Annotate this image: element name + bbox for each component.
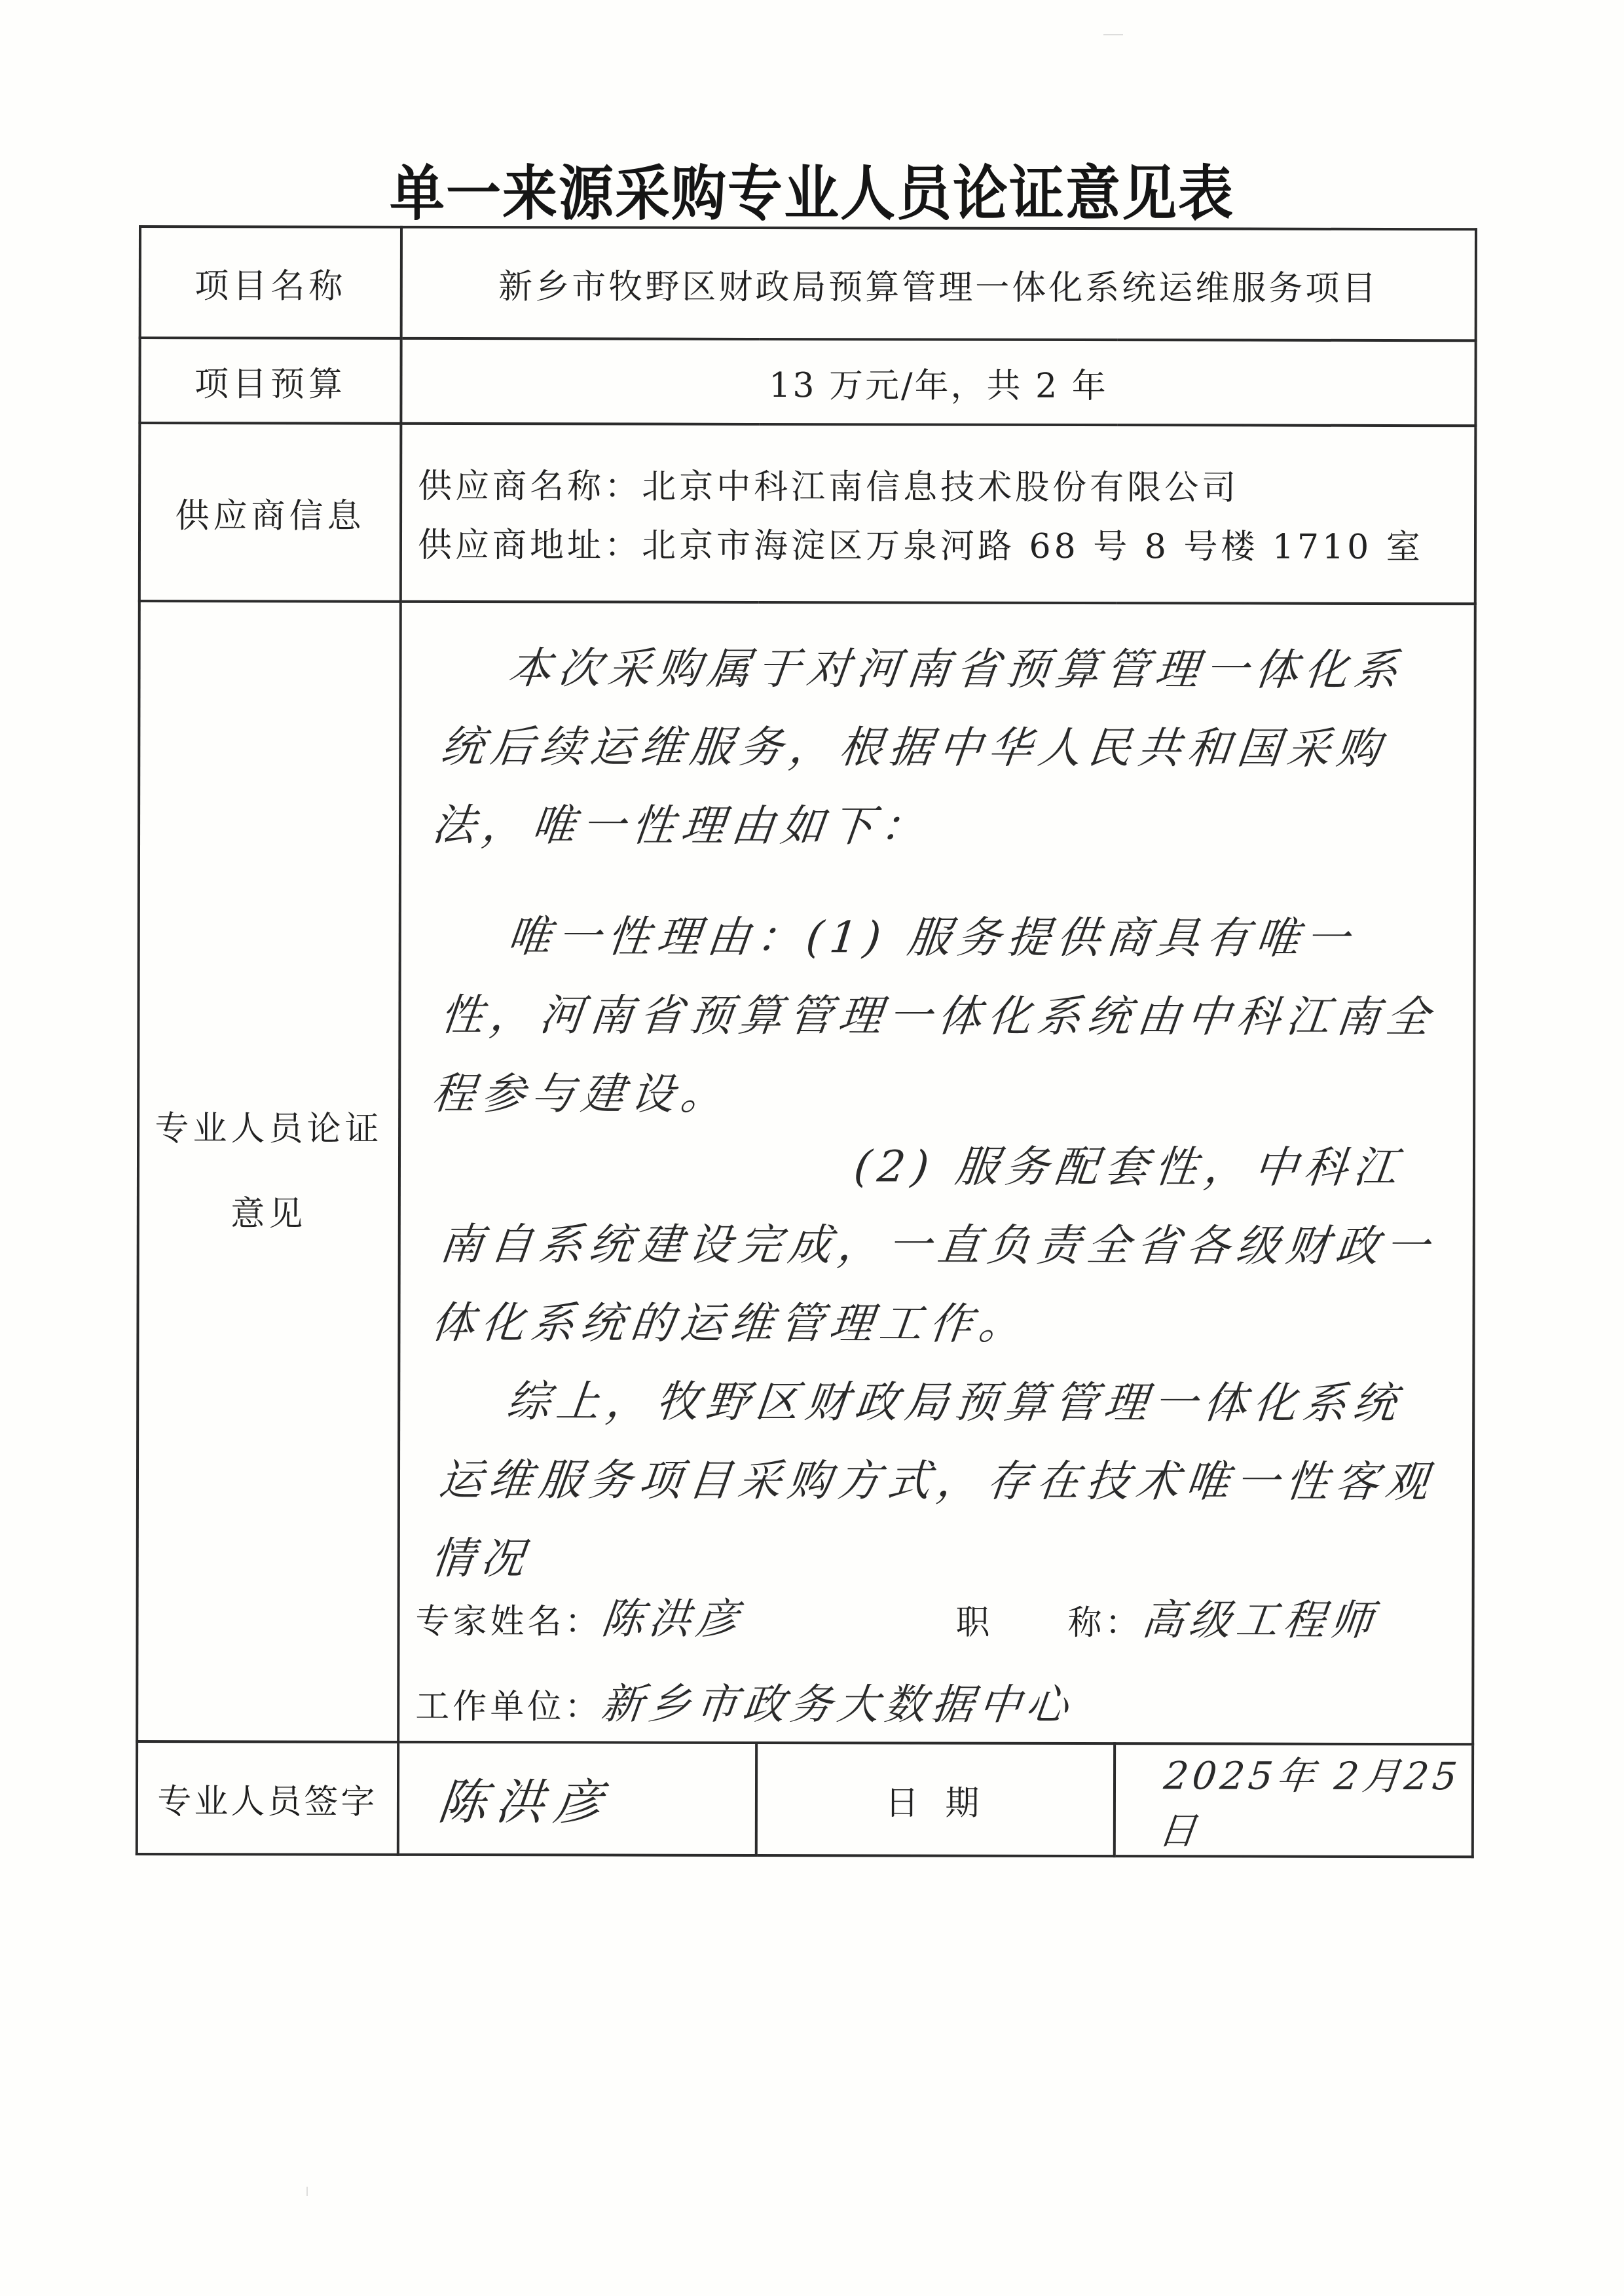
project-budget-value: 13 万元/年，共 2 年: [401, 338, 1475, 426]
job-title-label: 职 称：: [955, 1603, 1142, 1643]
project-name-label: 项目名称: [140, 227, 401, 338]
supplier-name-value: 北京中科江南信息技术股份有限公司: [642, 467, 1239, 508]
expert-name-line: 专家姓名：陈洪彦职 称：高级工程师: [415, 1585, 1463, 1647]
handwritten-paragraph-3: (2) 服务配套性，中科江南自系统建设完成，一直负责全省各级财政一体化系统的运维…: [427, 1127, 1454, 1364]
date-value: 2025年 2月25日: [1156, 1745, 1477, 1855]
project-name-value: 新乡市牧野区财政局预算管理一体化系统运维服务项目: [401, 227, 1476, 340]
supplier-address-line: 供应商地址：北京市海淀区万泉河路 68 号 8 号楼 1710 室: [418, 516, 1461, 577]
work-unit-value: 新乡市政务大数据中心: [599, 1670, 1077, 1731]
supplier-address-label: 供应商地址：: [418, 526, 642, 566]
supplier-name-label: 供应商名称：: [418, 467, 642, 507]
expert-name-value: 陈洪彦: [599, 1585, 959, 1646]
supplier-info-cell: 供应商名称：北京中科江南信息技术股份有限公司 供应商地址：北京市海淀区万泉河路 …: [401, 424, 1476, 604]
handwritten-paragraph-2: 唯一性理由：(1) 服务提供商具有唯一性，河南省预算管理一体化系统由中科江南全程…: [428, 898, 1455, 1135]
project-budget-label: 项目预算: [139, 338, 401, 424]
row-expert-opinion: 专业人员论证 意见 本次采购属于对河南省预算管理一体化系统后续运维服务，根据中华…: [137, 601, 1475, 1744]
expert-opinion-label-line1: 专业人员论证: [139, 1086, 398, 1172]
handwritten-paragraph-4: 综上，牧野区财政局预算管理一体化系统运维服务项目采购方式，存在技术唯一性客观情况: [427, 1362, 1454, 1600]
document-page: 单一来源采购专业人员论证意见表 项目名称 新乡市牧野区财政局预算管理一体化系统运…: [0, 0, 1624, 2296]
scan-speck: [1103, 34, 1123, 35]
supplier-info-label: 供应商信息: [139, 423, 401, 602]
expert-name-label: 专家姓名：: [415, 1602, 602, 1642]
opinion-form-table: 项目名称 新乡市牧野区财政局预算管理一体化系统运维服务项目 项目预算 13 万元…: [136, 225, 1477, 1858]
row-supplier-info: 供应商信息 供应商名称：北京中科江南信息技术股份有限公司 供应商地址：北京市海淀…: [139, 423, 1476, 604]
expert-opinion-label: 专业人员论证 意见: [137, 601, 401, 1742]
job-title-value: 高级工程师: [1139, 1586, 1382, 1647]
row-project-name: 项目名称 新乡市牧野区财政局预算管理一体化系统运维服务项目: [140, 227, 1476, 340]
supplier-info-block: 供应商名称：北京中科江南信息技术股份有限公司 供应商地址：北京市海淀区万泉河路 …: [402, 450, 1474, 577]
expert-opinion-label-line2: 意见: [139, 1171, 398, 1257]
page-title: 单一来源采购专业人员论证意见表: [0, 146, 1624, 232]
supplier-name-line: 供应商名称：北京中科江南信息技术股份有限公司: [418, 457, 1461, 518]
signature-label: 专业人员签字: [137, 1741, 398, 1855]
scan-speck: [306, 2187, 308, 2196]
handwritten-paragraph-1: 本次采购属于对河南省预算管理一体化系统后续运维服务，根据中华人民共和国采购法，唯…: [428, 629, 1456, 867]
date-cell: 2025年 2月25日: [1115, 1743, 1473, 1857]
row-signature: 专业人员签字 陈洪彦 日期 2025年 2月25日: [137, 1741, 1473, 1857]
signature-value: 陈洪彦: [435, 1764, 615, 1834]
date-label: 日期: [756, 1743, 1115, 1856]
signature-cell: 陈洪彦: [398, 1742, 756, 1855]
row-project-budget: 项目预算 13 万元/年，共 2 年: [139, 338, 1475, 426]
work-unit-label: 工作单位：: [415, 1687, 602, 1727]
work-unit-line: 工作单位：新乡市政务大数据中心: [415, 1670, 1463, 1732]
supplier-address-value: 北京市海淀区万泉河路 68 号 8 号楼 1710 室: [642, 526, 1424, 568]
expert-opinion-cell: 本次采购属于对河南省预算管理一体化系统后续运维服务，根据中华人民共和国采购法，唯…: [398, 602, 1475, 1744]
